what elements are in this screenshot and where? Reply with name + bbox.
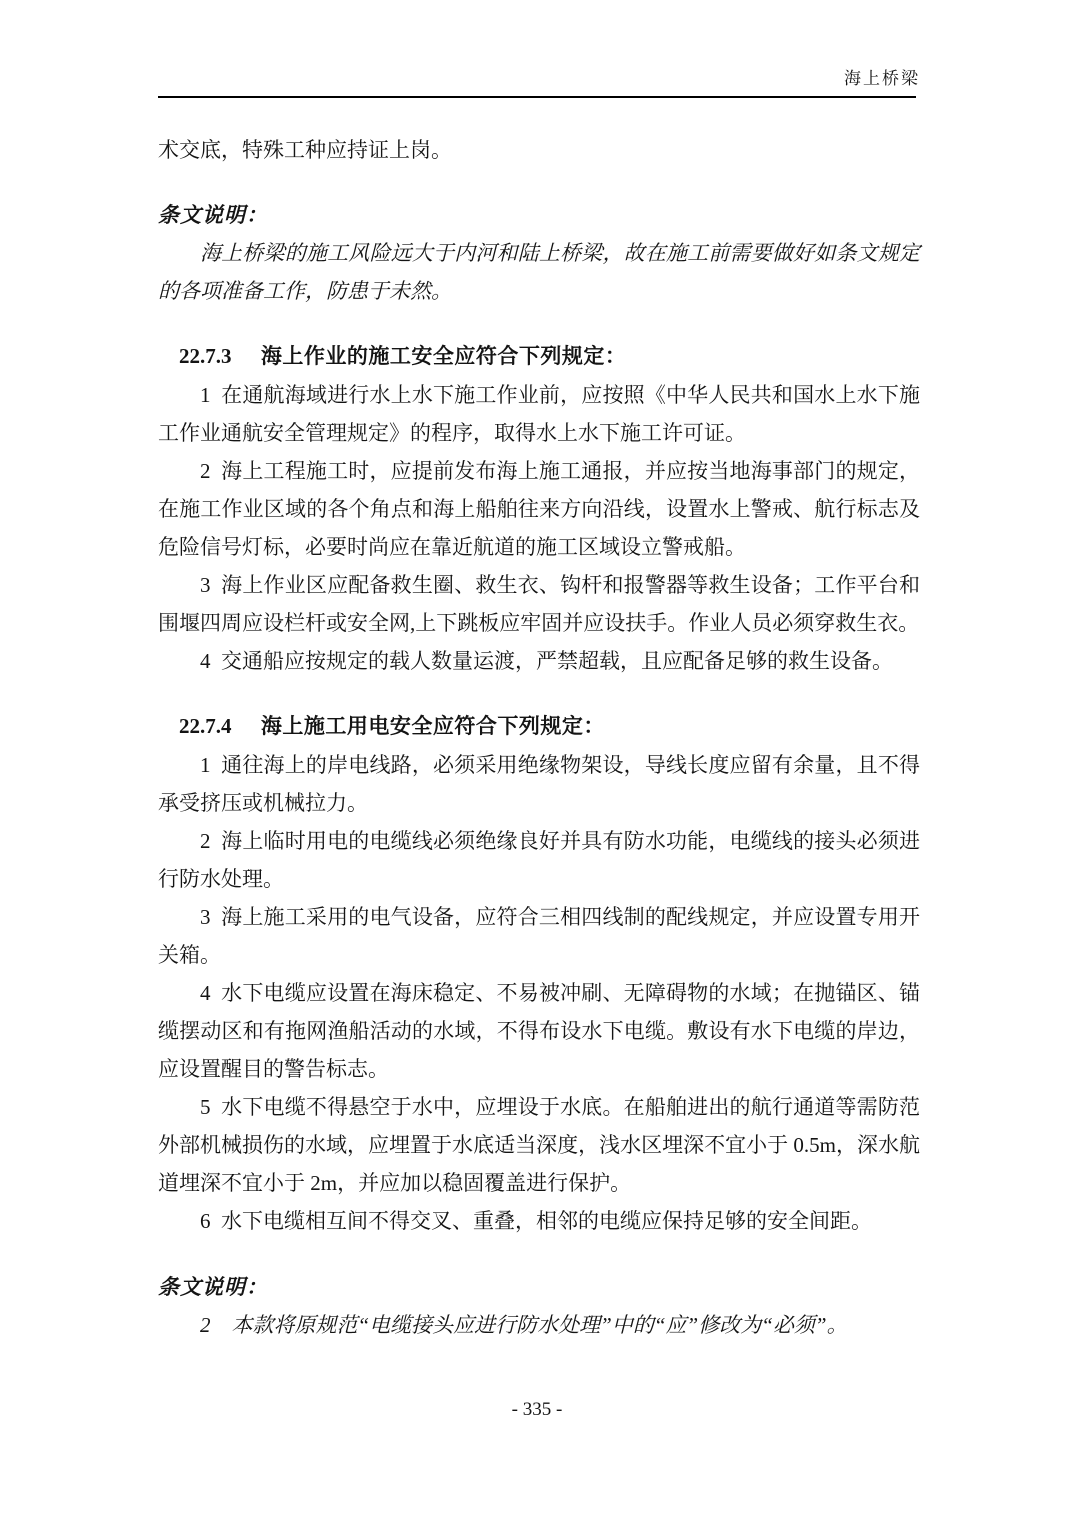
item-text: 海上施工采用的电气设备，应符合三相四线制的配线规定，并应设置专用开关箱。: [158, 905, 920, 967]
clause-22-7-3-item-4: 4交通船应按规定的载人数量运渡，严禁超载，且应配备足够的救生设备。: [158, 642, 920, 680]
note-item-number: 2: [200, 1313, 211, 1337]
note-item-text: 本款将原规范“电缆接头应进行防水处理”中的“应”修改为“必须”。: [232, 1313, 848, 1337]
page-content: 海上桥梁 术交底，特殊工种应持证上岗。 条文说明： 海上桥梁的施工风险远大于内河…: [158, 0, 920, 1344]
item-number: 1: [200, 753, 211, 777]
clause-22-7-4-item-3: 3海上施工采用的电气设备，应符合三相四线制的配线规定，并应设置专用开关箱。: [158, 898, 920, 974]
item-text: 在通航海域进行水上水下施工作业前，应按照《中华人民共和国水上水下施工作业通航安全…: [158, 383, 920, 445]
item-text: 海上作业区应配备救生圈、救生衣、钩杆和报警器等救生设备；工作平台和围堰四周应设栏…: [158, 573, 920, 635]
clause-22-7-3-heading: 22.7.3海上作业的施工安全应符合下列规定：: [158, 337, 920, 376]
item-number: 2: [200, 459, 211, 483]
item-text: 水下电缆相互间不得交叉、重叠，相邻的电缆应保持足够的安全间距。: [221, 1209, 872, 1233]
item-number: 6: [200, 1209, 211, 1233]
page-footer: - 335 -: [0, 1398, 1074, 1422]
item-text: 水下电缆应设置在海床稳定、不易被冲刷、无障碍物的水域；在抛锚区、锚缆摆动区和有拖…: [158, 981, 920, 1081]
running-title: 海上桥梁: [844, 69, 920, 88]
document-page: 海上桥梁 术交底，特殊工种应持证上岗。 条文说明： 海上桥梁的施工风险远大于内河…: [0, 0, 1074, 1520]
note2-item: 2本款将原规范“电缆接头应进行防水处理”中的“应”修改为“必须”。: [158, 1306, 920, 1344]
item-text: 水下电缆不得悬空于水中，应埋设于水底。在船舶进出的航行通道等需防范外部机械损伤的…: [158, 1095, 920, 1195]
clause-22-7-3-number: 22.7.3: [179, 344, 232, 368]
item-text: 交通船应按规定的载人数量运渡，严禁超载，且应配备足够的救生设备。: [221, 649, 893, 673]
page-header: 海上桥梁: [158, 0, 920, 90]
item-text: 海上工程施工时，应提前发布海上施工通报，并应按当地海事部门的规定，在施工作业区域…: [158, 459, 920, 559]
item-text: 通往海上的岸电线路，必须采用绝缘物架设，导线长度应留有余量，且不得承受挤压或机械…: [158, 753, 920, 815]
item-number: 3: [200, 573, 211, 597]
clause-22-7-4-item-4: 4水下电缆应设置在海床稳定、不易被冲刷、无障碍物的水域；在抛锚区、锚缆摆动区和有…: [158, 974, 920, 1088]
note2-heading: 条文说明：: [158, 1268, 920, 1306]
item-text: 海上临时用电的电缆线必须绝缘良好并具有防水功能，电缆线的接头必须进行防水处理。: [158, 829, 920, 891]
clause-22-7-4-item-2: 2海上临时用电的电缆线必须绝缘良好并具有防水功能，电缆线的接头必须进行防水处理。: [158, 822, 920, 898]
item-number: 5: [200, 1095, 211, 1119]
item-number: 4: [200, 649, 211, 673]
clause-22-7-4-item-6: 6水下电缆相互间不得交叉、重叠，相邻的电缆应保持足够的安全间距。: [158, 1202, 920, 1240]
page-number: - 335 -: [512, 1399, 563, 1420]
clause-22-7-3-item-2: 2海上工程施工时，应提前发布海上施工通报，并应按当地海事部门的规定，在施工作业区…: [158, 452, 920, 566]
item-number: 3: [200, 905, 211, 929]
item-number: 2: [200, 829, 211, 853]
item-number: 1: [200, 383, 211, 407]
item-number: 4: [200, 981, 211, 1005]
note1-paragraph: 海上桥梁的施工风险远大于内河和陆上桥梁，故在施工前需要做好如条文规定的各项准备工…: [158, 234, 920, 310]
clause-22-7-4-number: 22.7.4: [179, 714, 232, 738]
continuation-paragraph: 术交底，特殊工种应持证上岗。: [158, 131, 920, 169]
note1-heading: 条文说明：: [158, 196, 920, 234]
clause-22-7-4-item-1: 1通往海上的岸电线路，必须采用绝缘物架设，导线长度应留有余量，且不得承受挤压或机…: [158, 746, 920, 822]
clause-22-7-4-heading: 22.7.4海上施工用电安全应符合下列规定：: [158, 707, 920, 746]
clause-22-7-4-title: 海上施工用电安全应符合下列规定：: [261, 715, 605, 738]
clause-22-7-3-item-1: 1在通航海域进行水上水下施工作业前，应按照《中华人民共和国水上水下施工作业通航安…: [158, 376, 920, 452]
clause-22-7-4-item-5: 5水下电缆不得悬空于水中，应埋设于水底。在船舶进出的航行通道等需防范外部机械损伤…: [158, 1088, 920, 1202]
clause-22-7-3-title: 海上作业的施工安全应符合下列规定：: [261, 345, 627, 368]
clause-22-7-3-item-3: 3海上作业区应配备救生圈、救生衣、钩杆和报警器等救生设备；工作平台和围堰四周应设…: [158, 566, 920, 642]
header-rule: [158, 96, 916, 98]
